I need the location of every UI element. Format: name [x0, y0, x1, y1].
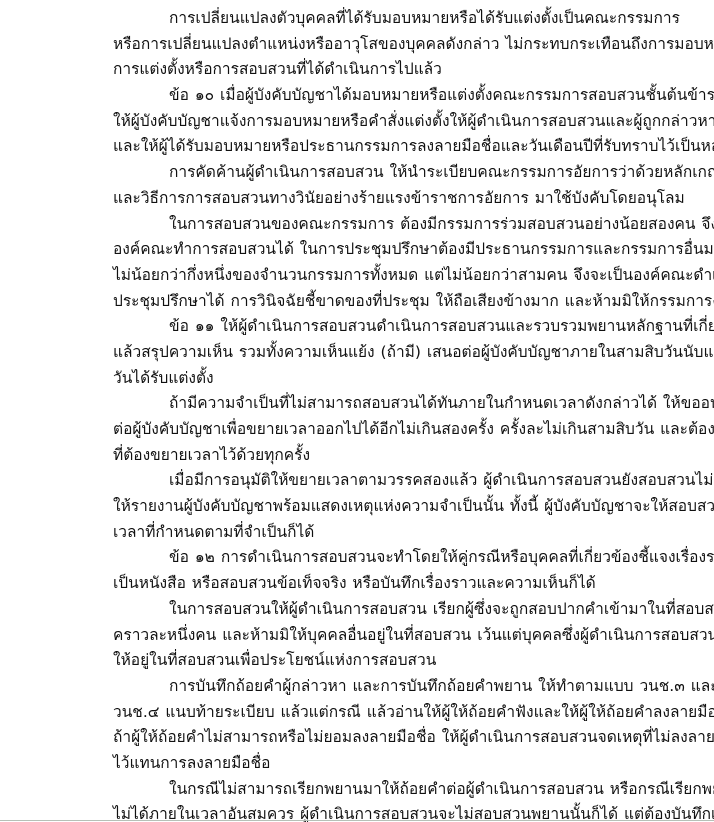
text-line: ข้อ ๑๐ เมื่อผู้บังคับบัญชาได้มอบหมายหรือ… [57, 83, 661, 109]
paragraph-interrogation: ในการสอบสวนให้ผู้ดำเนินการสอบสวน เรียกผู… [57, 597, 661, 674]
text-line: ให้อยู่ในที่สอบสวนเพื่อประโยชน์แห่งการสอ… [57, 648, 661, 674]
text-line: ประชุมปรึกษาได้ การวินิจฉัยชี้ขาดของที่ป… [57, 289, 661, 315]
text-line: ไว้แทนการลงลายมือชื่อ [57, 751, 661, 777]
text-line: ให้รายงานผู้บังคับบัญชาพร้อมแสดงเหตุแห่ง… [57, 494, 661, 520]
text-line: ในการสอบสวนให้ผู้ดำเนินการสอบสวน เรียกผู… [57, 597, 661, 623]
text-line: วันได้รับแต่งตั้ง [57, 366, 661, 392]
paragraph-statement-recording: การบันทึกถ้อยคำผู้กล่าวหา และการบันทึกถ้… [57, 674, 661, 777]
text-line: ไม่น้อยกว่ากึ่งหนึ่งของจำนวนกรรมการทั้งห… [57, 263, 661, 289]
text-line: เป็นหนังสือ หรือสอบสวนข้อเท็จจริง หรือบั… [57, 571, 661, 597]
paragraph-clause-11: ข้อ ๑๑ ให้ผู้ดำเนินการสอบสวนดำเนินการสอบ… [57, 314, 661, 391]
text-line: เมื่อมีการอนุมัติให้ขยายเวลาตามวรรคสองแล… [57, 468, 661, 494]
paragraph-objection: การคัดค้านผู้ดำเนินการสอบสวน ให้นำระเบีย… [57, 160, 661, 211]
text-line: ต่อผู้บังคับบัญชาเพื่อขยายเวลาออกไปได้อี… [57, 417, 661, 443]
page-bottom-border [0, 820, 714, 821]
text-line: องค์คณะทำการสอบสวนได้ ในการประชุมปรึกษาต… [57, 237, 661, 263]
text-line: ถ้ามีความจำเป็นที่ไม่สามารถสอบสวนได้ทันภ… [57, 391, 661, 417]
text-line: ข้อ ๑๑ ให้ผู้ดำเนินการสอบสวนดำเนินการสอบ… [57, 314, 661, 340]
text-line: ในการสอบสวนของคณะกรรมการ ต้องมีกรรมการร่… [57, 212, 661, 238]
text-line: การคัดค้านผู้ดำเนินการสอบสวน ให้นำระเบีย… [57, 160, 661, 186]
document-page: การเปลี่ยนแปลงตัวบุคคลที่ได้รับมอบหมายหร… [57, 6, 661, 822]
text-line: การบันทึกถ้อยคำผู้กล่าวหา และการบันทึกถ้… [57, 674, 661, 700]
text-line: ที่ต้องขยายเวลาไว้ด้วยทุกครั้ง [57, 443, 661, 469]
text-line: การแต่งตั้งหรือการสอบสวนที่ได้ดำเนินการไ… [57, 57, 661, 83]
text-line: ถ้าผู้ให้ถ้อยคำไม่สามารถหรือไม่ยอมลงลายม… [57, 725, 661, 751]
text-line: หรือการเปลี่ยนแปลงตำแหน่งหรืออาวุโสของบุ… [57, 32, 661, 58]
text-line: และให้ผู้ได้รับมอบหมายหรือประธานกรรมการล… [57, 134, 661, 160]
text-line: และวิธีการการสอบสวนทางวินัยอย่างร้ายแรงข… [57, 186, 661, 212]
text-line: ในกรณีไม่สามารถเรียกพยานมาให้ถ้อยคำต่อผู… [57, 777, 661, 803]
paragraph-extension-report: เมื่อมีการอนุมัติให้ขยายเวลาตามวรรคสองแล… [57, 468, 661, 545]
text-line: แล้วสรุปความเห็น รวมทั้งความเห็นแย้ง (ถ้… [57, 340, 661, 366]
text-line: ให้ผู้บังคับบัญชาแจ้งการมอบหมายหรือคำสั่… [57, 109, 661, 135]
paragraph-witness-unavailable: ในกรณีไม่สามารถเรียกพยานมาให้ถ้อยคำต่อผู… [57, 777, 661, 822]
paragraph-clause-10: ข้อ ๑๐ เมื่อผู้บังคับบัญชาได้มอบหมายหรือ… [57, 83, 661, 160]
text-line: เวลาที่กำหนดตามที่จำเป็นก็ได้ [57, 520, 661, 546]
text-line: การเปลี่ยนแปลงตัวบุคคลที่ได้รับมอบหมายหร… [57, 6, 661, 32]
paragraph-extension-request: ถ้ามีความจำเป็นที่ไม่สามารถสอบสวนได้ทันภ… [57, 391, 661, 468]
text-line: คราวละหนึ่งคน และห้ามมิให้บุคคลอื่นอยู่ใ… [57, 623, 661, 649]
text-line: ข้อ ๑๒ การดำเนินการสอบสวนจะทำโดยให้คู่กร… [57, 545, 661, 571]
paragraph-clause-12: ข้อ ๑๒ การดำเนินการสอบสวนจะทำโดยให้คู่กร… [57, 545, 661, 596]
paragraph-personnel-change: การเปลี่ยนแปลงตัวบุคคลที่ได้รับมอบหมายหร… [57, 6, 661, 83]
paragraph-committee-quorum: ในการสอบสวนของคณะกรรมการ ต้องมีกรรมการร่… [57, 212, 661, 315]
text-line: วนช.๔ แนบท้ายระเบียบ แล้วแต่กรณี แล้วอ่า… [57, 700, 661, 726]
